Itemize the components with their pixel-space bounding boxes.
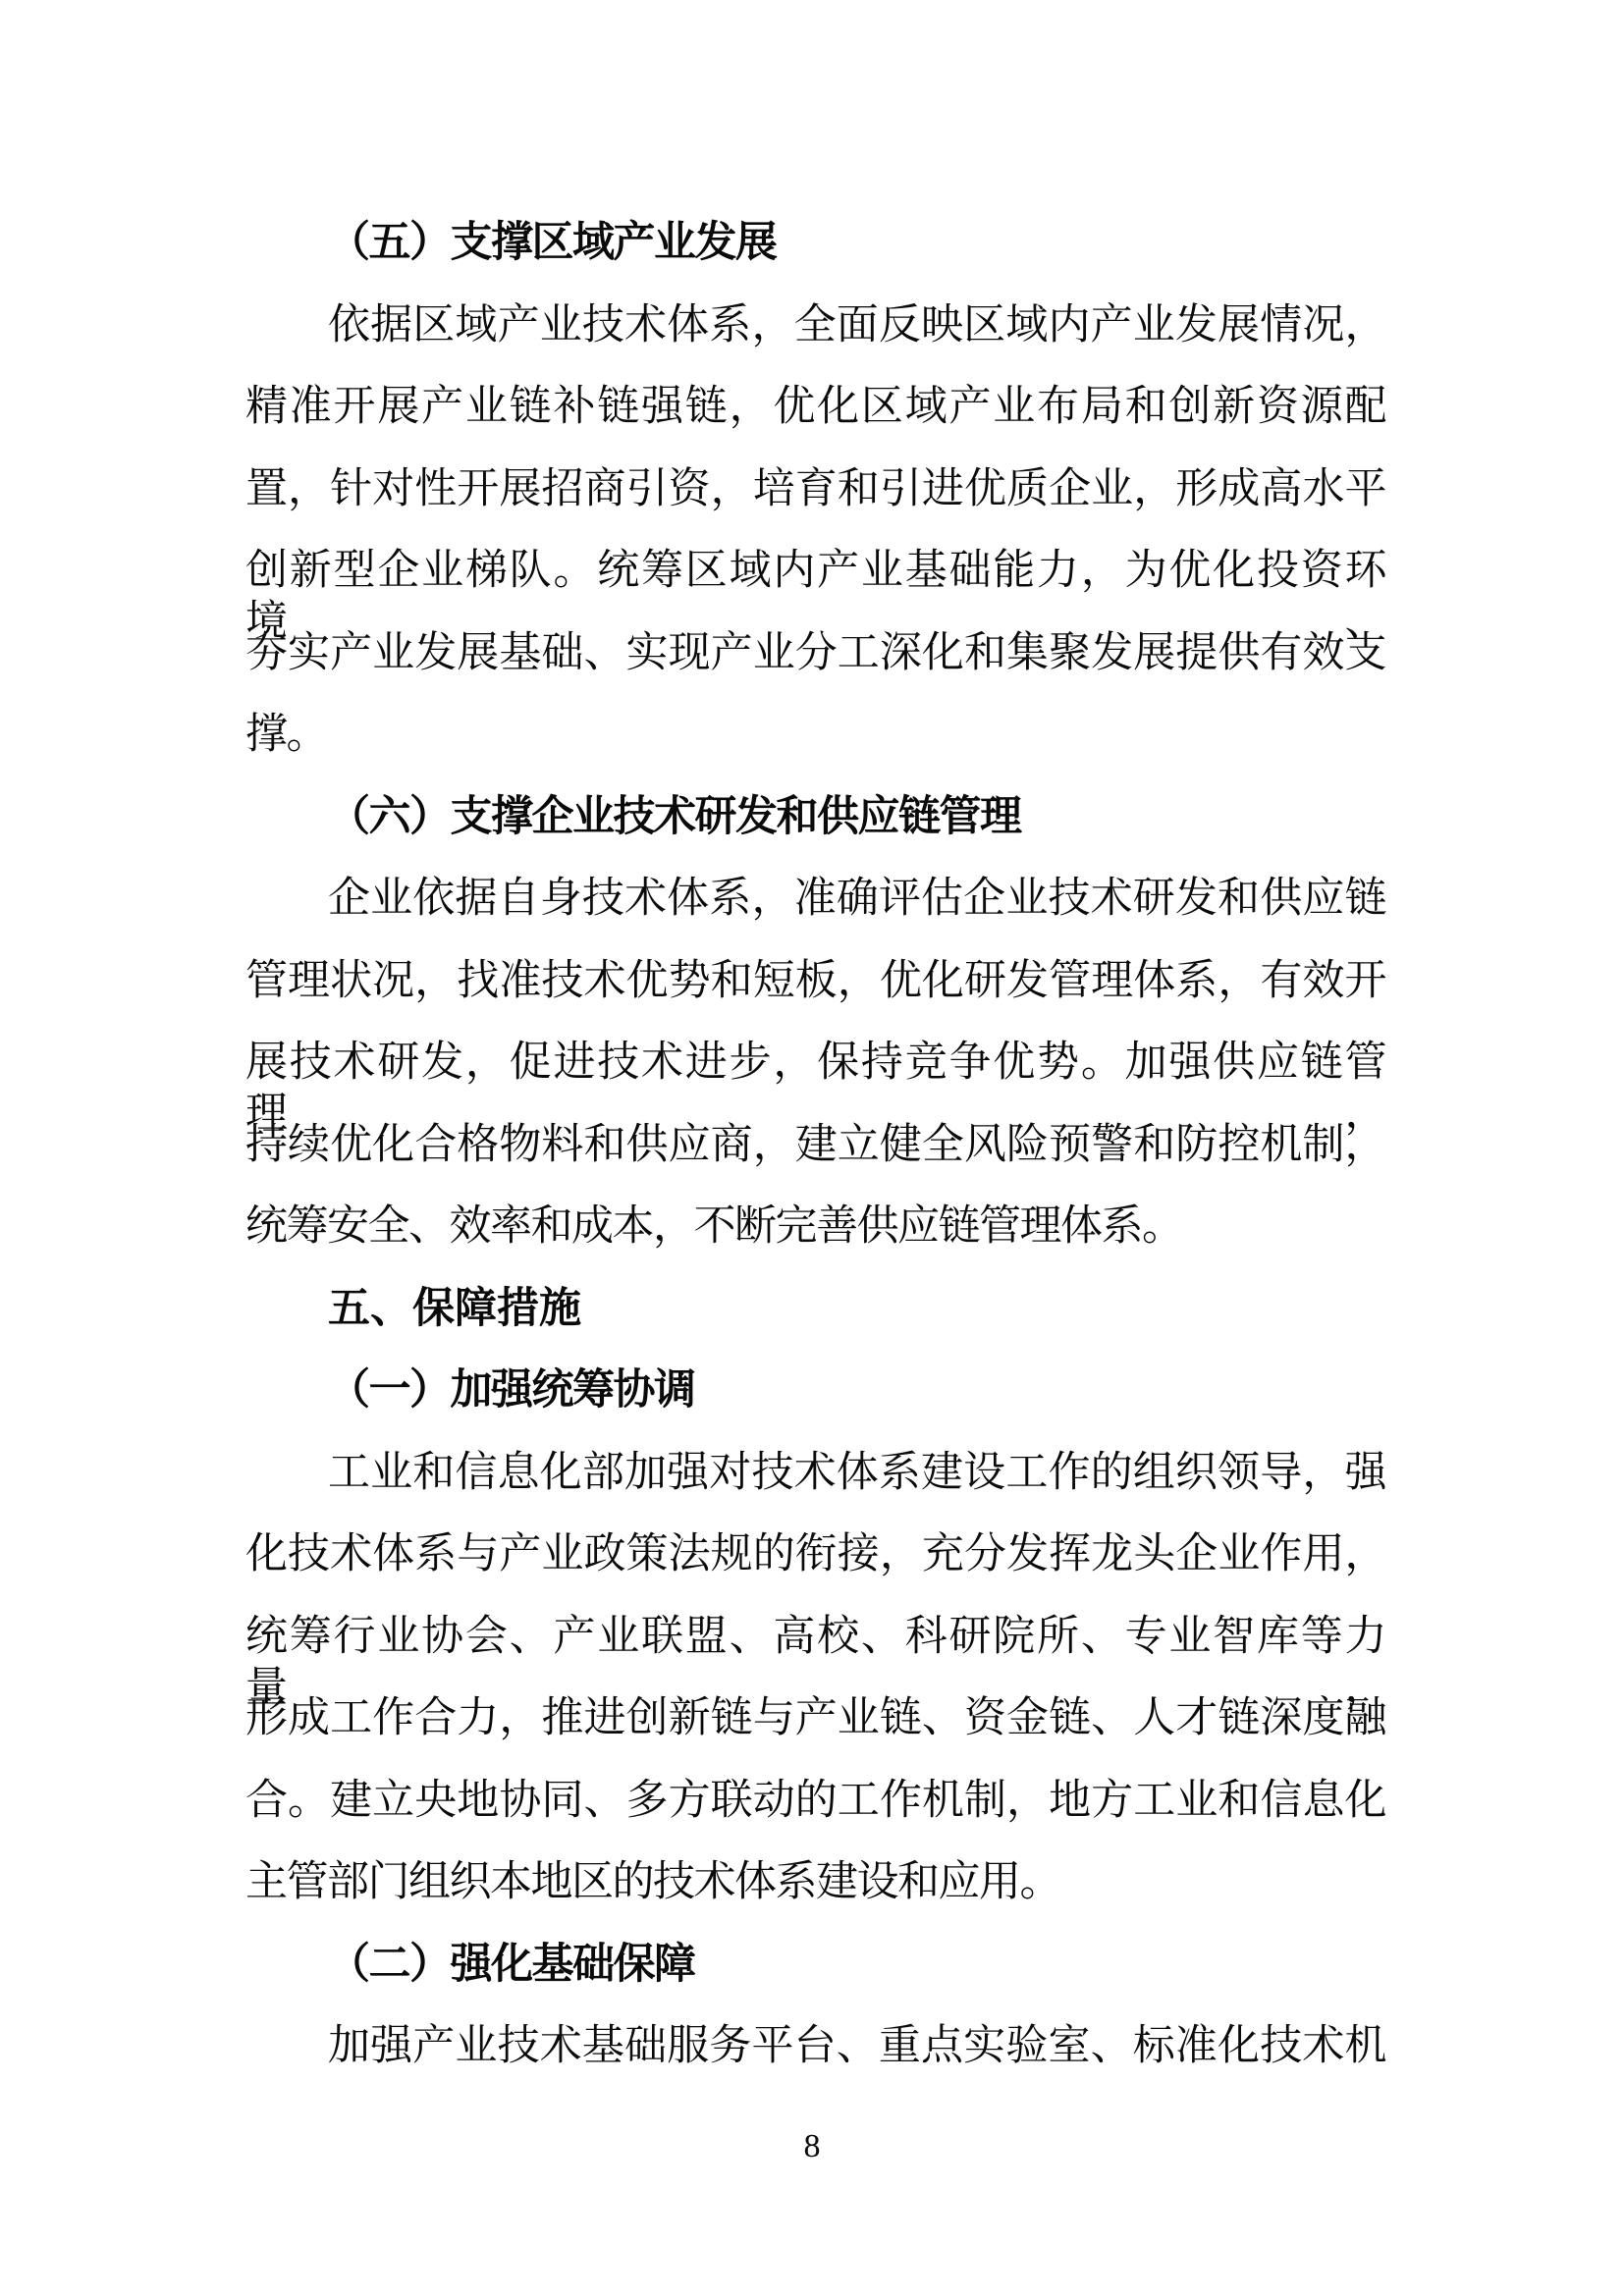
body-line: 企业依据自身技术体系，准确评估企业技术研发和供应链 <box>328 874 1385 925</box>
body-line: 持续优化合格物料和供应商，建立健全风险预警和防控机制， <box>245 1120 1385 1171</box>
section-heading-1: （一）加强统筹协调 <box>328 1365 695 1416</box>
body-line: 形成工作合力，推进创新链与产业链、资金链、人才链深度融 <box>245 1693 1385 1744</box>
body-line: 化技术体系与产业政策法规的衔接，充分发挥龙头企业作用， <box>245 1529 1385 1580</box>
section-heading-6: （六）支撑企业技术研发和供应链管理 <box>328 792 1021 843</box>
body-line: 统筹安全、效率和成本，不断完善供应链管理体系。 <box>245 1201 1183 1253</box>
body-line: 加强产业技术基础服务平台、重点实验室、标准化技术机 <box>328 2021 1385 2072</box>
chapter-heading-5: 五、保障措施 <box>328 1284 581 1335</box>
body-line: 管理状况，找准技术优势和短板，优化研发管理体系，有效开 <box>245 956 1385 1007</box>
body-line: 撑。 <box>245 710 327 761</box>
body-line: 主管部门组织本地区的技术体系建设和应用。 <box>245 1857 1060 1908</box>
body-line: 工业和信息化部加强对技术体系建设工作的组织领导，强 <box>328 1448 1385 1499</box>
section-heading-5: （五）支撑区域产业发展 <box>328 218 777 269</box>
body-line: 依据区域产业技术体系，全面反映区域内产业发展情况， <box>328 300 1385 351</box>
body-line: 置，针对性开展招商引资，培育和引进优质企业，形成高水平 <box>245 464 1385 515</box>
document-page: （五）支撑区域产业发展 依据区域产业技术体系，全面反映区域内产业发展情况， 精准… <box>0 0 1624 2296</box>
body-line: 合。建立央地协同、多方联动的工作机制，地方工业和信息化 <box>245 1776 1385 1827</box>
page-number: 8 <box>0 2128 1624 2165</box>
body-line: 夯实产业发展基础、实现产业分工深化和集聚发展提供有效支 <box>245 628 1385 679</box>
section-heading-2: （二）强化基础保障 <box>328 1940 695 1991</box>
body-line: 精准开展产业链补链强链，优化区域产业布局和创新资源配 <box>245 382 1385 433</box>
